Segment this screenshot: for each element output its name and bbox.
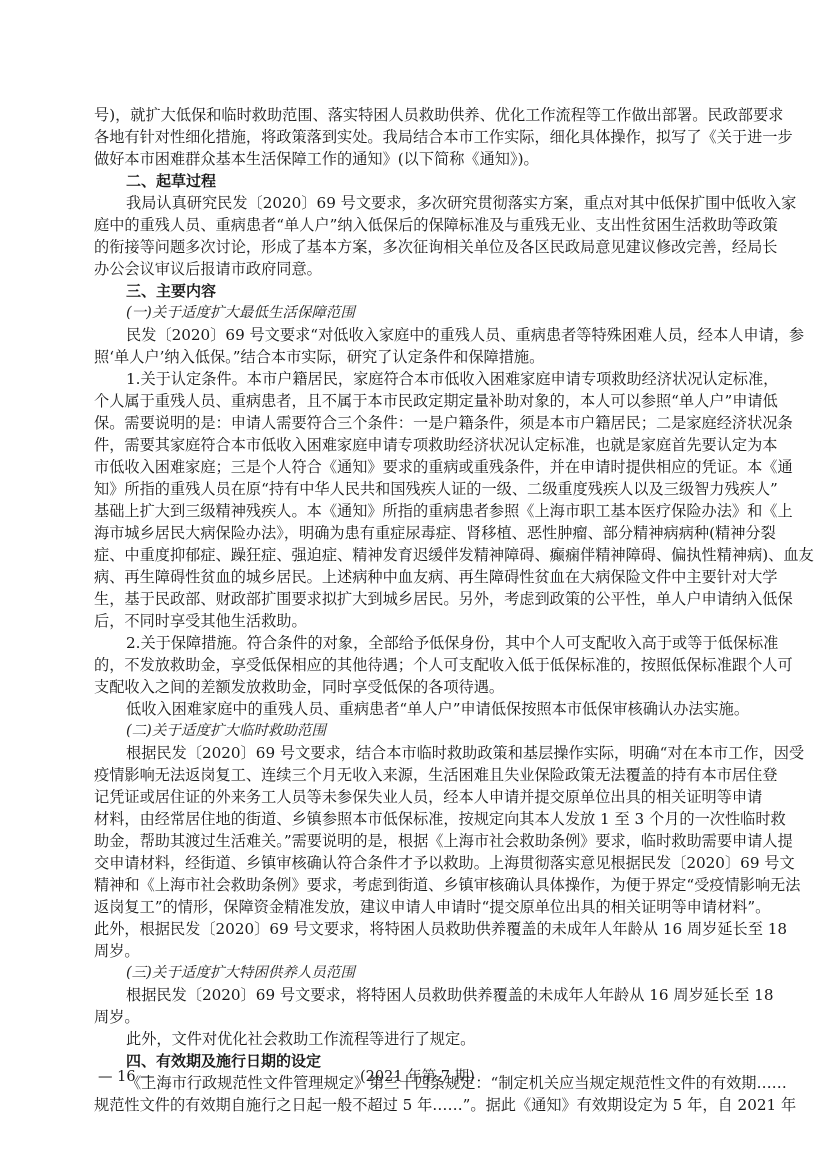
- text-line: 周岁。: [94, 940, 734, 962]
- text-line: 支配收入之间的差额发放救助金，同时享受低保的各项待遇。: [94, 676, 734, 698]
- page-number: — 16 —: [98, 1066, 155, 1088]
- text-line: 知》所指的重残人员在原“持有中华人民共和国残疾人证的一级、二级重度残疾人以及三级…: [94, 478, 734, 500]
- text-line: 各地有针对性细化措施，将政策落到实处。我局结合本市工作实际，细化具体操作，拟写了…: [94, 126, 734, 148]
- page-footer: — 16 — (2021 年第 7 期): [98, 1066, 738, 1088]
- paragraph: 我局认真研究民发〔2020〕69 号文要求，多次研究贯彻落实方案，重点对其中低保…: [94, 192, 734, 280]
- text-line: 的，不发放救助金，享受低保相应的其他待遇；个人可支配收入低于低保标准的，按照低保…: [94, 654, 734, 676]
- text-line: 精神和《上海市社会救助条例》要求，考虑到街道、乡镇审核确认具体操作，为便于界定“…: [94, 874, 734, 896]
- text-line: 做好本市困难群众基本生活保障工作的通知》(以下简称《通知》)。: [94, 148, 734, 170]
- paragraph: 1.关于认定条件。本市户籍居民，家庭符合本市低收入困难家庭申请专项救助经济状况认…: [94, 368, 734, 632]
- text-line: 庭中的重残人员、重病患者“单人户”纳入低保后的保障标准及与重残无业、支出性贫困生…: [94, 214, 734, 236]
- text-line: 根据民发〔2020〕69 号文要求，将特困人员救助供养覆盖的未成年人年龄从 16…: [94, 984, 734, 1006]
- text-line: 保。需要说明的是：申请人需要符合三个条件：一是户籍条件，须是本市户籍居民；二是家…: [94, 412, 734, 434]
- text-line: 疫情影响无法返岗复工、连续三个月无收入来源，生活困难且失业保险政策无法覆盖的持有…: [94, 764, 734, 786]
- paragraph: 此外，文件对优化社会救助工作流程等进行了规定。: [94, 1028, 734, 1050]
- text-line: 市低收入困难家庭；三是个人符合《通知》要求的重病或重残条件，并在申请时提供相应的…: [94, 456, 734, 478]
- paragraph: 低收入困难家庭中的重残人员、重病患者“单人户”申请低保按照本市低保审核确认办法实…: [94, 698, 734, 720]
- text-line: 办公会议审议后报请市政府同意。: [94, 258, 734, 280]
- text-line: 1.关于认定条件。本市户籍居民，家庭符合本市低收入困难家庭申请专项救助经济状况认…: [94, 368, 734, 390]
- paragraph: 根据民发〔2020〕69 号文要求，将特困人员救助供养覆盖的未成年人年龄从 16…: [94, 984, 734, 1028]
- text-line: 基础上扩大到三级精神残疾人。本《通知》所指的重病患者参照《上海市职工基本医疗保险…: [94, 500, 734, 522]
- text-line: 号)，就扩大低保和临时救助范围、落实特困人员救助供养、优化工作流程等工作做出部署…: [94, 104, 734, 126]
- subsection-heading: (二)关于适度扩大临时救助范围: [94, 720, 734, 742]
- text-line: 的衔接等问题多次讨论，形成了基本方案，多次征询相关单位及各区民政局意见建议修改完…: [94, 236, 734, 258]
- text-line: 此外，根据民发〔2020〕69 号文要求，将特困人员救助供养覆盖的未成年人年龄从…: [94, 918, 734, 940]
- text-line: 周岁。: [94, 1006, 734, 1028]
- text-line: 民发〔2020〕69 号文要求“对低收入家庭中的重残人员、重病患者等特殊困难人员…: [94, 324, 734, 346]
- text-line: 此外，文件对优化社会救助工作流程等进行了规定。: [94, 1028, 734, 1050]
- text-line: 记凭证或居住证的外来务工人员等未参保失业人员，经本人申请并提交原单位出具的相关证…: [94, 786, 734, 808]
- text-line: 海市城乡居民大病保险办法》，明确为患有重症尿毒症、肾移植、恶性肿瘤、部分精神病病…: [94, 522, 734, 544]
- text-line: 生，基于民政部、财政部扩围要求拟扩大到城乡居民。另外，考虑到政策的公平性，单人户…: [94, 588, 734, 610]
- section-heading: 三、主要内容: [94, 280, 734, 302]
- subsection-heading: (三)关于适度扩大特困供养人员范围: [94, 962, 734, 984]
- text-line: (二)关于适度扩大临时救助范围: [94, 720, 734, 742]
- text-line: 助金，帮助其渡过生活难关。”需要说明的是，根据《上海市社会救助条例》要求，临时救…: [94, 830, 734, 852]
- text-line: 病、再生障碍性贫血的城乡居民。上述病种中血友病、再生障碍性贫血在大病保险文件中主…: [94, 566, 734, 588]
- text-line: (一)关于适度扩大最低生活保障范围: [94, 302, 734, 324]
- subsection-heading: (一)关于适度扩大最低生活保障范围: [94, 302, 734, 324]
- text-line: 返岗复工”的情形，保障资金精准发放，建议申请人申请时“提交原单位出具的相关证明等…: [94, 896, 734, 918]
- paragraph: 号)，就扩大低保和临时救助范围、落实特困人员救助供养、优化工作流程等工作做出部署…: [94, 104, 734, 170]
- text-line: 2.关于保障措施。符合条件的对象，全部给予低保身份，其中个人可支配收入高于或等于…: [94, 632, 734, 654]
- section-heading: 二、起草过程: [94, 170, 734, 192]
- text-line: 我局认真研究民发〔2020〕69 号文要求，多次研究贯彻落实方案，重点对其中低保…: [94, 192, 734, 214]
- text-line: 后，不同时享受其他生活救助。: [94, 610, 734, 632]
- paragraph: 2.关于保障措施。符合条件的对象，全部给予低保身份，其中个人可支配收入高于或等于…: [94, 632, 734, 698]
- issue-label: (2021 年第 7 期): [360, 1066, 475, 1088]
- text-line: 件，需要其家庭符合本市低收入困难家庭申请专项救助经济状况认定标准，也就是家庭首先…: [94, 434, 734, 456]
- text-line: 交申请材料，经街道、乡镇审核确认符合条件才予以救助。上海贯彻落实意见根据民发〔2…: [94, 852, 734, 874]
- text-line: 症、中重度抑郁症、躁狂症、强迫症、精神发育迟缓伴发精神障碍、癫痫伴精神障碍、偏执…: [94, 544, 734, 566]
- text-line: 二、起草过程: [94, 170, 734, 192]
- paragraph: 根据民发〔2020〕69 号文要求，结合本市临时救助政策和基层操作实际，明确“对…: [94, 742, 734, 962]
- text-line: 根据民发〔2020〕69 号文要求，结合本市临时救助政策和基层操作实际，明确“对…: [94, 742, 734, 764]
- text-line: 三、主要内容: [94, 280, 734, 302]
- text-line: 低收入困难家庭中的重残人员、重病患者“单人户”申请低保按照本市低保审核确认办法实…: [94, 698, 734, 720]
- text-line: 照‘单人户’纳入低保。”结合本市实际，研究了认定条件和保障措施。: [94, 346, 734, 368]
- document-body: 号)，就扩大低保和临时救助范围、落实特困人员救助供养、优化工作流程等工作做出部署…: [94, 104, 734, 1116]
- text-line: 材料，由经常居住地的街道、乡镇参照本市低保标准，按规定向其本人发放 1 至 3 …: [94, 808, 734, 830]
- text-line: (三)关于适度扩大特困供养人员范围: [94, 962, 734, 984]
- text-line: 规范性文件的有效期自施行之日起一般不超过 5 年……”。据此《通知》有效期设定为…: [94, 1094, 734, 1116]
- text-line: 个人属于重残人员、重病患者，且不属于本市民政定期定量补助对象的，本人可以参照“单…: [94, 390, 734, 412]
- paragraph: 民发〔2020〕69 号文要求“对低收入家庭中的重残人员、重病患者等特殊困难人员…: [94, 324, 734, 368]
